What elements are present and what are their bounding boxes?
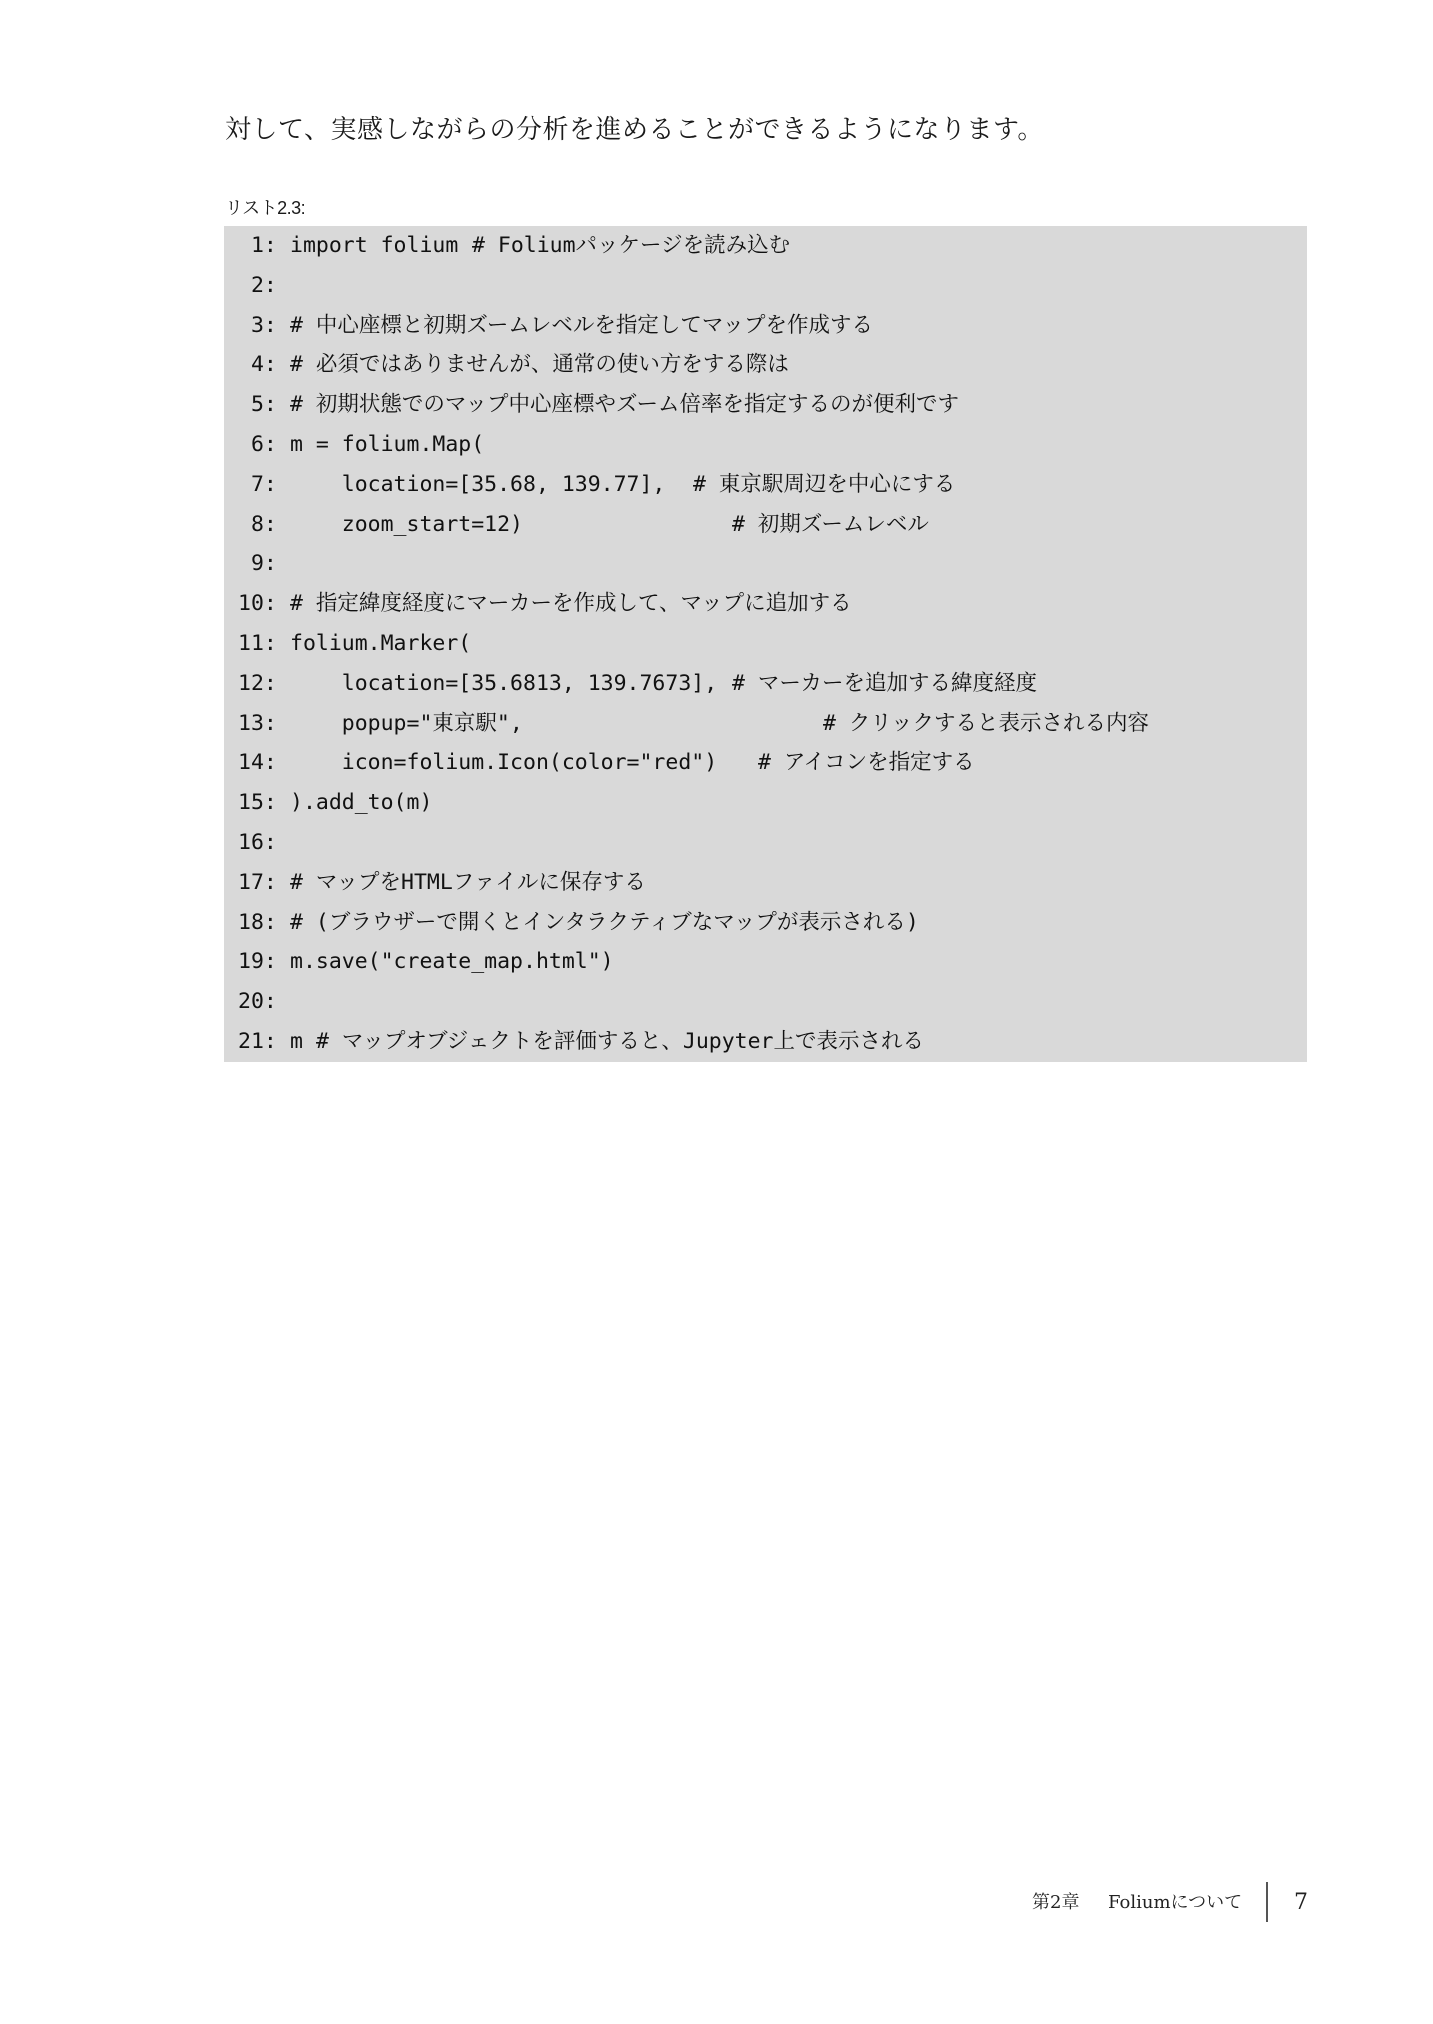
code-text: m = folium.Map( — [290, 425, 484, 465]
code-line: 18:# (ブラウザーで開くとインタラクティブなマップが表示される) — [224, 903, 1307, 943]
line-number: 5: — [238, 385, 290, 425]
code-text: m — [290, 1022, 316, 1062]
line-number: 18: — [238, 903, 290, 943]
code-comment: # マーカーを追加する緯度経度 — [732, 664, 1037, 704]
footer-chapter: 第2章 — [1032, 1892, 1079, 1914]
line-number: 3: — [238, 306, 290, 346]
code-listing: 1:import folium # Foliumパッケージを読み込む 2: 3:… — [224, 226, 1307, 1062]
code-comment: # マップオブジェクトを評価すると、Jupyter上で表示される — [316, 1022, 924, 1062]
code-line: 8: zoom_start=12)# 初期ズームレベル — [224, 505, 1307, 545]
code-line: 15:).add_to(m) — [224, 783, 1307, 823]
line-number: 19: — [238, 942, 290, 982]
code-comment: # 中心座標と初期ズームレベルを指定してマップを作成する — [290, 306, 873, 346]
line-number: 11: — [238, 624, 290, 664]
page-number: 7 — [1294, 1890, 1308, 1916]
line-number: 1: — [238, 226, 290, 266]
code-line: 20: — [224, 982, 1307, 1022]
code-line: 16: — [224, 823, 1307, 863]
code-text: popup="東京駅", — [290, 704, 523, 744]
code-line: 4:# 必須ではありませんが、通常の使い方をする際は — [224, 345, 1307, 385]
code-text: import folium — [290, 226, 471, 266]
code-line: 19:m.save("create_map.html") — [224, 942, 1307, 982]
line-number: 14: — [238, 743, 290, 783]
line-number: 21: — [238, 1022, 290, 1062]
line-number: 10: — [238, 584, 290, 624]
code-line: 1:import folium # Foliumパッケージを読み込む — [224, 226, 1307, 266]
code-line: 14: icon=folium.Icon(color="red")# アイコンを… — [224, 743, 1307, 783]
line-number: 15: — [238, 783, 290, 823]
listing-caption: リスト2.3: — [225, 196, 305, 220]
line-number: 7: — [238, 465, 290, 505]
code-text: m.save("create_map.html") — [290, 942, 614, 982]
line-number: 9: — [238, 544, 290, 584]
code-text: ).add_to(m) — [290, 783, 432, 823]
code-comment: # 初期状態でのマップ中心座標やズーム倍率を指定するのが便利です — [290, 385, 959, 425]
code-comment: # 指定緯度経度にマーカーを作成して、マップに追加する — [290, 584, 852, 624]
line-number: 8: — [238, 505, 290, 545]
page-footer: 第2章 Foliumについて 7 — [0, 1882, 1433, 1922]
code-comment: # クリックすると表示される内容 — [823, 704, 1149, 744]
code-text: folium.Marker( — [290, 624, 471, 664]
body-paragraph: 対して、実感しながらの分析を進めることができるようになります。 — [225, 112, 1044, 148]
code-line: 10:# 指定緯度経度にマーカーを作成して、マップに追加する — [224, 584, 1307, 624]
code-comment: # Foliumパッケージを読み込む — [472, 226, 790, 266]
code-text: location=[35.68, 139.77], — [290, 465, 665, 505]
code-line: 21:m # マップオブジェクトを評価すると、Jupyter上で表示される — [224, 1022, 1307, 1062]
line-number: 13: — [238, 704, 290, 744]
code-line: 6:m = folium.Map( — [224, 425, 1307, 465]
code-comment: # 東京駅周辺を中心にする — [693, 465, 955, 505]
code-line: 11:folium.Marker( — [224, 624, 1307, 664]
footer-chapter-title: Foliumについて — [1108, 1892, 1242, 1914]
code-comment: # 必須ではありませんが、通常の使い方をする際は — [290, 345, 789, 385]
line-number: 20: — [238, 982, 290, 1022]
line-number: 12: — [238, 664, 290, 704]
code-comment: # マップをHTMLファイルに保存する — [290, 863, 646, 903]
line-number: 17: — [238, 863, 290, 903]
code-comment: # アイコンを指定する — [758, 743, 975, 783]
line-number: 2: — [238, 266, 290, 306]
code-comment: # 初期ズームレベル — [732, 505, 929, 545]
code-line: 3:# 中心座標と初期ズームレベルを指定してマップを作成する — [224, 306, 1307, 346]
code-line: 13: popup="東京駅",# クリックすると表示される内容 — [224, 704, 1307, 744]
line-number: 6: — [238, 425, 290, 465]
line-number: 16: — [238, 823, 290, 863]
line-number: 4: — [238, 345, 290, 385]
code-text: icon=folium.Icon(color="red") — [290, 743, 717, 783]
code-text: location=[35.6813, 139.7673], — [290, 664, 717, 704]
code-line: 5:# 初期状態でのマップ中心座標やズーム倍率を指定するのが便利です — [224, 385, 1307, 425]
code-line: 12: location=[35.6813, 139.7673],# マーカーを… — [224, 664, 1307, 704]
code-line: 9: — [224, 544, 1307, 584]
code-text: zoom_start=12) — [290, 505, 523, 545]
code-line: 2: — [224, 266, 1307, 306]
code-line: 17:# マップをHTMLファイルに保存する — [224, 863, 1307, 903]
footer-divider — [1266, 1882, 1268, 1922]
code-line: 7: location=[35.68, 139.77],# 東京駅周辺を中心にす… — [224, 465, 1307, 505]
code-comment: # (ブラウザーで開くとインタラクティブなマップが表示される) — [290, 903, 919, 943]
